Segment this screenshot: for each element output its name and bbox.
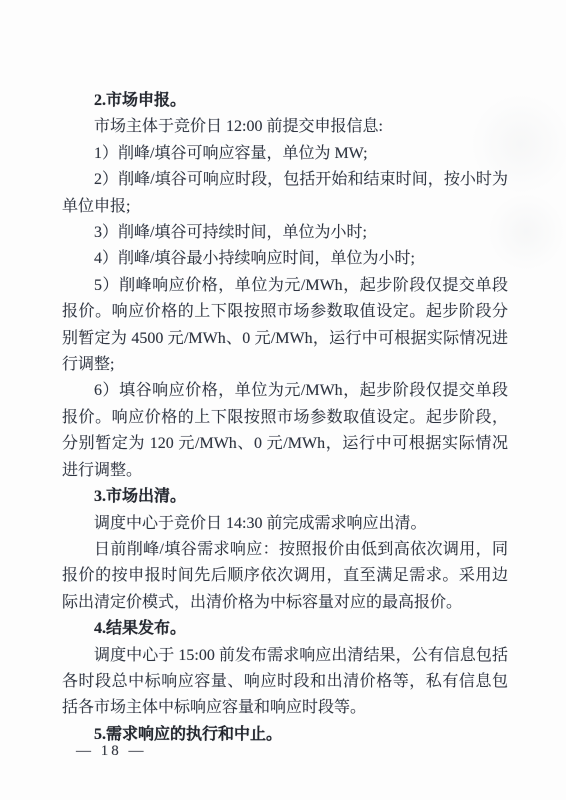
document-body: 2.市场申报。 市场主体于竞价日 12:00 前提交申报信息: 1）削峰/填谷可… [62, 88, 508, 748]
heading-market-clearing: 3.市场出清。 [62, 484, 508, 510]
heading-market-declaration: 2.市场申报。 [62, 88, 508, 114]
page-number: — 18 — [76, 740, 147, 762]
paragraph-result-publication: 调度中心于 15:00 前发布需求响应出清结果，公有信息包括各时段总中标响应容量… [62, 643, 508, 722]
paragraph-item-3-duration: 3）削峰/填谷可持续时间，单位为小时; [62, 220, 508, 246]
heading-result-publication: 4.结果发布。 [62, 616, 508, 642]
paragraph-item-6-valley-price: 6）填谷响应价格，单位为元/MWh，起步阶段仅提交单段报价。响应价格的上下限按照… [62, 378, 508, 484]
document-page: 2.市场申报。 市场主体于竞价日 12:00 前提交申报信息: 1）削峰/填谷可… [0, 0, 566, 800]
paragraph-clearing-deadline: 调度中心于竞价日 14:30 前完成需求响应出清。 [62, 511, 508, 537]
paragraph-item-1-capacity: 1）削峰/填谷可响应容量，单位为 MW; [62, 141, 508, 167]
paragraph-item-4-min-duration: 4）削峰/填谷最小持续响应时间，单位为小时; [62, 246, 508, 272]
paragraph-item-5-peak-price: 5）削峰响应价格，单位为元/MWh，起步阶段仅提交单段报价。响应价格的上下限按照… [62, 273, 508, 379]
paragraph-declaration-intro: 市场主体于竞价日 12:00 前提交申报信息: [62, 114, 508, 140]
paragraph-item-2-period: 2）削峰/填谷可响应时段，包括开始和结束时间，按小时为单位申报; [62, 167, 508, 220]
paragraph-clearing-rules: 日前削峰/填谷需求响应：按照报价由低到高依次调用，同报价的按申报时间先后顺序依次… [62, 537, 508, 616]
